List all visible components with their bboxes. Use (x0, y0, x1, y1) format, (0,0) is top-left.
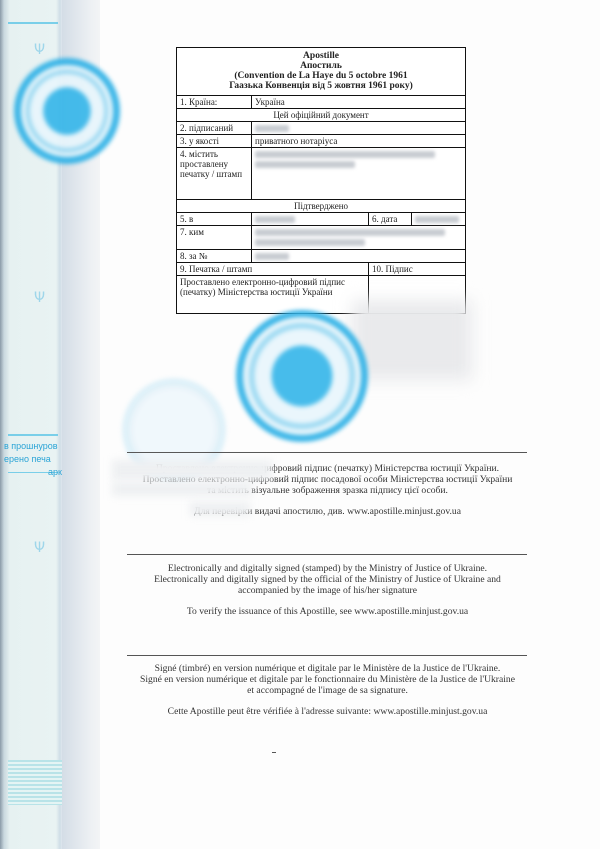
place-value (252, 213, 369, 226)
section-certified: Підтверджено (177, 200, 466, 213)
date-label: 6. дата (369, 213, 412, 226)
section-document: Цей офіційний документ (177, 109, 466, 122)
spine-text: ерено печа (4, 453, 51, 466)
title-uk: Апостиль (179, 61, 463, 71)
section-english: Electronically and digitally signed (sta… (130, 563, 525, 617)
redaction-blur (190, 502, 250, 516)
capacity-label: 3. у якості (177, 135, 252, 148)
signature-label: 10. Підпис (369, 263, 466, 276)
trident-icon: Ψ (34, 540, 45, 556)
section-divider (127, 452, 527, 453)
by-value (252, 226, 466, 250)
place-label: 5. в (177, 213, 252, 226)
country-value: Україна (252, 96, 466, 109)
fr-line: et accompagné de l'image de sa signature… (130, 685, 525, 696)
spine-text: в прошнуров (4, 440, 58, 453)
stamp-label: 9. Печатка / штамп (177, 263, 369, 276)
en-line: Electronically and digitally signed (sta… (130, 563, 525, 574)
redacted-signature (352, 300, 472, 380)
en-line: accompanied by the image of his/her sign… (130, 585, 525, 596)
official-seal-stamp (14, 58, 120, 164)
stamp-note: Проставлено електронно-цифровий підпис (… (177, 276, 369, 314)
apostille-table: Apostille Апостиль (Convention de La Hay… (176, 47, 466, 314)
redaction-blur (112, 460, 272, 480)
trident-icon: Ψ (34, 290, 45, 306)
seal-value (252, 148, 466, 200)
spine-text: арк (48, 466, 62, 479)
spine-line (8, 22, 58, 24)
convention-uk: Гаазька Конвенція від 5 жовтня 1961 року… (179, 81, 463, 91)
number-label: 8. за № (177, 250, 252, 263)
number-value (252, 250, 466, 263)
fr-line: Signé en version numérique et digitale p… (130, 674, 525, 685)
section-divider (127, 655, 527, 656)
fr-verify: Cette Apostille peut être vérifiée à l'a… (130, 706, 525, 717)
spine-line (8, 434, 58, 436)
by-label: 7. ким (177, 226, 252, 250)
title-en: Apostille (179, 51, 463, 61)
section-french: Signé (timbré) en version numérique et d… (130, 663, 525, 717)
capacity-value: приватного нотаріуса (252, 135, 466, 148)
apostille-header: Apostille Апостиль (Convention de La Hay… (177, 48, 466, 96)
en-line: Electronically and digitally signed by t… (130, 574, 525, 585)
signed-value (252, 122, 466, 135)
section-divider (127, 554, 527, 555)
convention-fr: (Convention de La Haye du 5 octobre 1961 (179, 71, 463, 81)
signed-label: 2. підписаний (177, 122, 252, 135)
trident-icon: Ψ (34, 42, 45, 58)
guilloche-pattern (8, 760, 62, 805)
fr-line: Signé (timbré) en version numérique et d… (130, 663, 525, 674)
en-verify: To verify the issuance of this Apostille… (130, 606, 525, 617)
seal-label: 4. містить проставлену печатку / штамп (177, 148, 252, 200)
redaction-blur (112, 482, 252, 496)
date-value (412, 213, 466, 226)
page-mark (272, 752, 276, 753)
official-seal-stamp (236, 310, 368, 442)
country-label: 1. Країна: (177, 96, 252, 109)
